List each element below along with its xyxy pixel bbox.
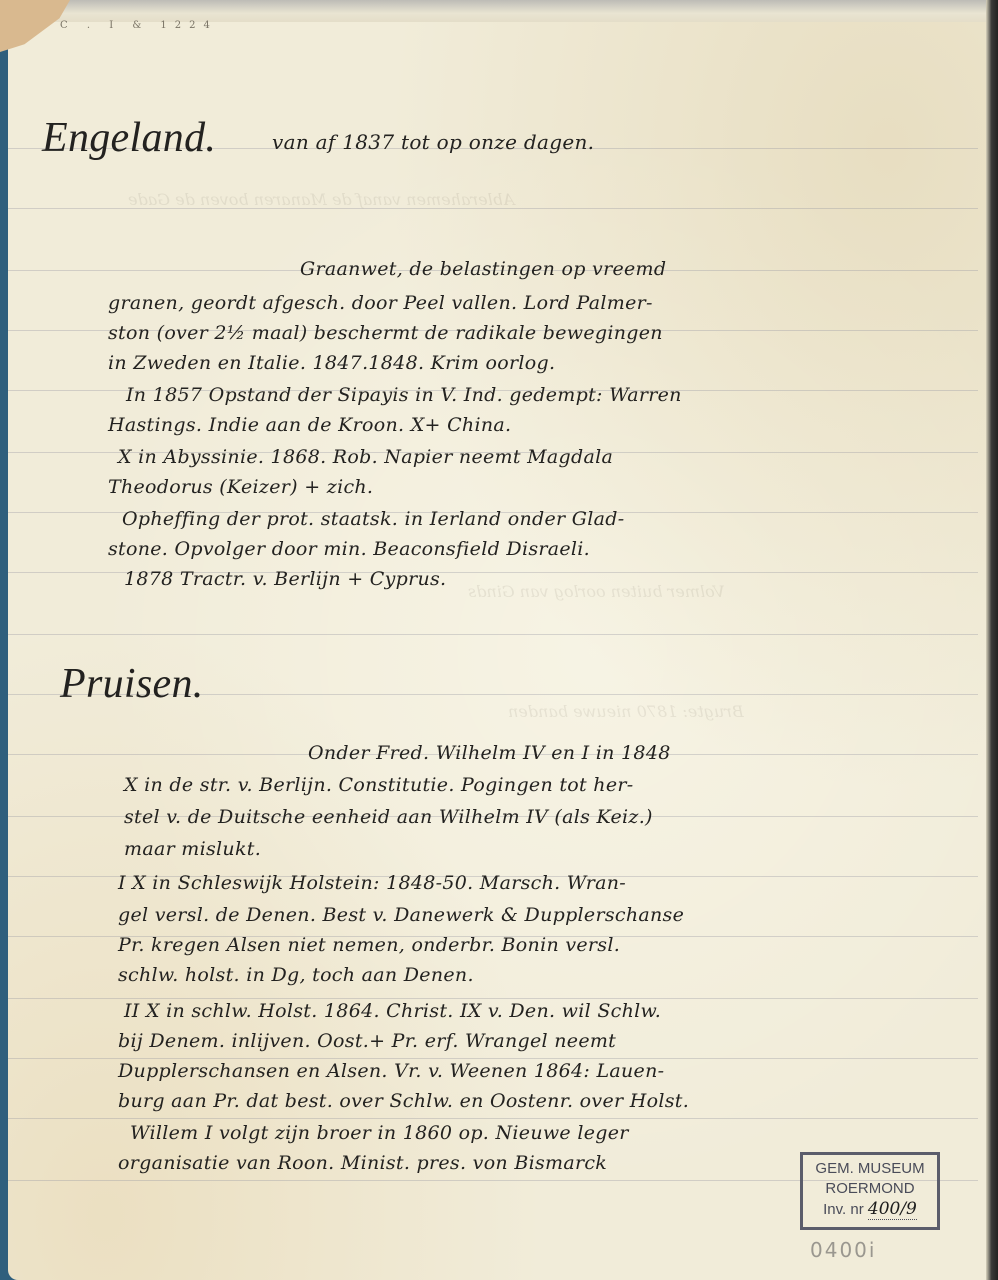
text-line: stel v. de Duitsche eenheid aan Wilhelm … [124,806,653,828]
text-line: Willem I volgt zijn broer in 1860 op. Ni… [130,1122,629,1144]
text-line: in Zweden en Italie. 1847.1848. Krim oor… [108,352,555,374]
text-line: granen, geordt afgesch. door Peel vallen… [108,292,653,314]
museum-stamp: GEM. MUSEUM ROERMOND Inv. nr 400/9 [800,1152,940,1230]
text-line: Theodorus (Keizer) + zich. [108,476,373,498]
text-line: X in de str. v. Berlijn. Constitutie. Po… [124,774,633,796]
text-line: schlw. holst. in Dg, toch aan Denen. [118,964,474,986]
stamp-inv-number: 400/9 [868,1199,917,1220]
text-line: stone. Opvolger door min. Beaconsfield D… [108,538,590,560]
scanned-document: Ablerahemen vanaf de Manaren boven de Ga… [0,0,998,1280]
text-line: Graanwet, de belastingen op vreemd [300,258,666,280]
text-line: organisatie van Roon. Minist. pres. von … [118,1152,607,1174]
text-line: 1878 Tractr. v. Berlijn + Cyprus. [124,568,446,590]
ruled-line [8,1058,978,1059]
text-line: ston (over 2½ maal) beschermt de radikal… [108,322,663,344]
text-line: Pr. kregen Alsen niet nemen, onderbr. Bo… [118,934,620,956]
pencil-catalog-number: 0400i [810,1238,876,1262]
section-heading-pruisen: Pruisen. [60,660,204,708]
bleed-through-text: Volmer buiten oorlog van Ginds [468,582,725,601]
text-line: Dupplerschansen en Alsen. Vr. v. Weenen … [118,1060,664,1082]
stamp-line-2: ROERMOND [803,1179,937,1199]
text-line: Opheffing der prot. staatsk. in Ierland … [122,508,624,530]
binding-edge [986,0,998,1280]
ruled-line [8,998,978,999]
ruled-line [8,634,978,635]
text-line: Onder Fred. Wilhelm IV en I in 1848 [308,742,671,764]
bleed-through-text: Brugte: 1870 nieuwe banden [508,702,744,721]
text-line: Hastings. Indie aan de Kroon. X+ China. [108,414,511,436]
bleed-through-text: Ablerahemen vanaf de Manaren boven de Ga… [128,190,514,209]
text-line: gel versl. de Denen. Best v. Danewerk & … [118,904,684,926]
text-line: maar mislukt. [124,838,261,860]
text-line: II X in schlw. Holst. 1864. Christ. IX v… [124,1000,661,1022]
text-line: bij Denem. inlijven. Oost.+ Pr. erf. Wra… [118,1030,616,1052]
text-line: In 1857 Opstand der Sipayis in V. Ind. g… [126,384,682,406]
section-heading-engeland: Engeland. [42,114,216,162]
text-line: X in Abyssinie. 1868. Rob. Napier neemt … [118,446,613,468]
stamp-inv-label: Inv. nr [823,1200,864,1220]
pencil-tab-note: C . I & 1224 [60,20,218,31]
stamp-line-1: GEM. MUSEUM [803,1159,937,1179]
text-line: I X in Schleswijk Holstein: 1848-50. Mar… [118,872,626,894]
section-subheading-engeland: van af 1837 tot op onze dagen. [272,130,594,154]
ruled-line [8,1118,978,1119]
text-line: burg aan Pr. dat best. over Schlw. en Oo… [118,1090,689,1112]
